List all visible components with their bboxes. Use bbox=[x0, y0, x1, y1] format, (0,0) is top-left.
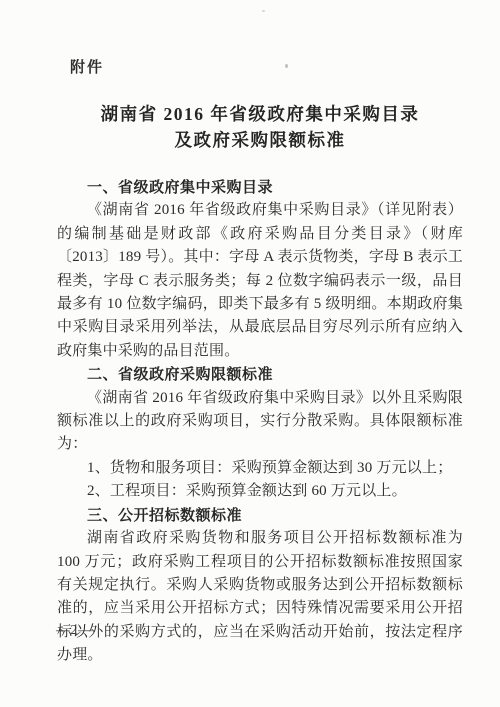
page-number: —2— bbox=[56, 622, 93, 638]
section-2-list-item-2: 2、工程项目：采购预算金额达到 60 万元以上。 bbox=[57, 480, 463, 503]
section-1-paragraph: 《湖南省 2016 年省级政府集中采购目录》（详见附表）的编制基础是财政部《政府… bbox=[57, 199, 463, 363]
document-title-line-1: 湖南省 2016 年省级政府集中采购目录 bbox=[101, 104, 420, 124]
scan-speck bbox=[262, 10, 265, 12]
section-2-paragraph: 《湖南省 2016 年省级政府集中采购目录》以外且采购限额标准以上的政府采购项目… bbox=[57, 387, 463, 457]
section-1-heading: 一、省级政府集中采购目录 bbox=[57, 176, 463, 199]
document-title-line-2: 及政府采购限额标准 bbox=[175, 130, 346, 150]
section-3-heading: 三、公开招标数额标准 bbox=[57, 504, 463, 527]
document-body: 一、省级政府集中采购目录 《湖南省 2016 年省级政府集中采购目录》（详见附表… bbox=[57, 176, 463, 668]
attachment-label: 附件 bbox=[70, 56, 104, 77]
section-3-paragraph: 湖南省政府采购货物和服务项目公开招标数额标准为 100 万元；政府采购工程项目的… bbox=[57, 527, 463, 667]
document-page: 附件 湖南省 2016 年省级政府集中采购目录 及政府采购限额标准 一、省级政府… bbox=[0, 0, 500, 707]
section-2-list-item-1: 1、货物和服务项目：采购预算金额达到 30 万元以上； bbox=[57, 457, 463, 480]
section-2-heading: 二、省级政府采购限额标准 bbox=[57, 363, 463, 386]
scan-speck bbox=[285, 64, 288, 68]
document-title: 湖南省 2016 年省级政府集中采购目录 及政府采购限额标准 bbox=[57, 101, 463, 153]
